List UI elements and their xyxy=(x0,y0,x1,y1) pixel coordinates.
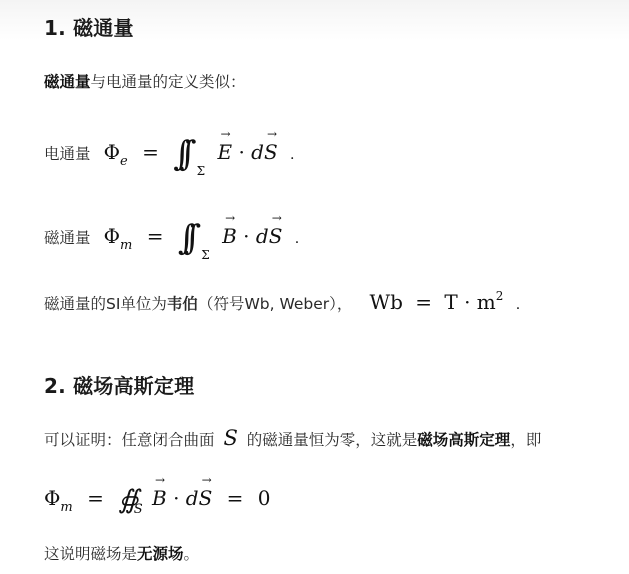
unit-bold-term: 韦伯 xyxy=(167,295,198,313)
differential-d: d xyxy=(186,486,199,510)
double-integral-icon: ∫∫ xyxy=(173,134,184,174)
intro-text: 与电通量的定义类似： xyxy=(91,73,246,91)
equals-sign: = xyxy=(87,486,104,510)
vector-s: S xyxy=(199,486,213,510)
dot-operator: · xyxy=(464,290,470,314)
differential-d: d xyxy=(251,140,264,164)
gauss-text-pre: 可以证明：任意闭合曲面 xyxy=(44,431,215,449)
vector-b: B xyxy=(152,486,167,510)
period: . xyxy=(290,147,294,163)
integral-subscript: Σ xyxy=(201,248,209,262)
conclusion-paragraph: 这说明磁场是无源场。 xyxy=(44,542,199,564)
phi-symbol: Φ xyxy=(44,486,60,510)
equals-sign: = xyxy=(227,486,244,510)
vector-s: S xyxy=(269,224,283,248)
conclusion-bold-term: 无源场 xyxy=(137,545,184,563)
gauss-text-post: ，即 xyxy=(510,431,541,449)
gauss-text-mid: 的磁通量恒为零，这就是 xyxy=(247,431,418,449)
vector-e: E xyxy=(217,140,232,164)
unit-text-post: （符号Wb, Weber）， xyxy=(198,295,352,313)
phi-symbol: Φ xyxy=(104,224,120,248)
tesla-symbol: T xyxy=(444,290,457,314)
unit-text-pre: 磁通量的SI单位为 xyxy=(44,295,167,313)
unit-formula: Wb = T · m2 . xyxy=(370,290,521,314)
phi-symbol: Φ xyxy=(104,140,120,164)
wb-symbol: Wb xyxy=(370,290,403,314)
period: . xyxy=(295,231,299,247)
dot-operator: · xyxy=(243,224,249,248)
exponent: 2 xyxy=(496,289,504,303)
conclusion-text-post: 。 xyxy=(184,545,200,563)
differential-d: d xyxy=(256,224,269,248)
meter-symbol: m xyxy=(477,290,496,314)
surface-variable: S xyxy=(223,426,237,450)
section-2-heading: 2. 磁场高斯定理 xyxy=(44,370,194,399)
equals-sign: = xyxy=(147,224,164,248)
phi-subscript: m xyxy=(120,238,132,253)
vector-b: B xyxy=(222,224,237,248)
intro-paragraph: 磁通量与电通量的定义类似： xyxy=(44,70,246,92)
vector-s: S xyxy=(264,140,278,164)
equals-sign: = xyxy=(142,140,159,164)
electric-flux-formula: 电通量 Φe = ∫∫Σ E · dS . xyxy=(44,128,295,168)
zero-value: 0 xyxy=(258,486,271,510)
double-integral-icon: ∫∫ xyxy=(178,218,189,258)
closed-surface-integral-icon: ∯ xyxy=(118,485,129,515)
conclusion-text-pre: 这说明磁场是 xyxy=(44,545,137,563)
integral-subscript: S xyxy=(134,502,143,517)
integral-subscript: Σ xyxy=(197,164,205,178)
phi-subscript: m xyxy=(60,500,72,515)
electric-flux-label: 电通量 xyxy=(44,145,91,163)
gauss-paragraph: 可以证明：任意闭合曲面 S 的磁通量恒为零，这就是磁场高斯定理，即 xyxy=(44,426,541,450)
intro-bold-term: 磁通量 xyxy=(44,73,91,91)
gauss-bold-term: 磁场高斯定理 xyxy=(417,431,510,449)
dot-operator: · xyxy=(173,486,179,510)
period: . xyxy=(516,297,520,313)
magnetic-flux-label: 磁通量 xyxy=(44,229,91,247)
phi-subscript: e xyxy=(120,154,128,169)
unit-paragraph: 磁通量的SI单位为韦伯（符号Wb, Weber）， Wb = T · m2 . xyxy=(44,290,520,314)
magnetic-flux-formula: 磁通量 Φm = ∫∫Σ B · dS . xyxy=(44,212,299,252)
gauss-law-formula: Φm = ∯S B · dS = 0 xyxy=(44,482,271,512)
section-1-heading: 1. 磁通量 xyxy=(44,12,134,41)
equals-sign: = xyxy=(415,290,432,314)
dot-operator: · xyxy=(238,140,244,164)
